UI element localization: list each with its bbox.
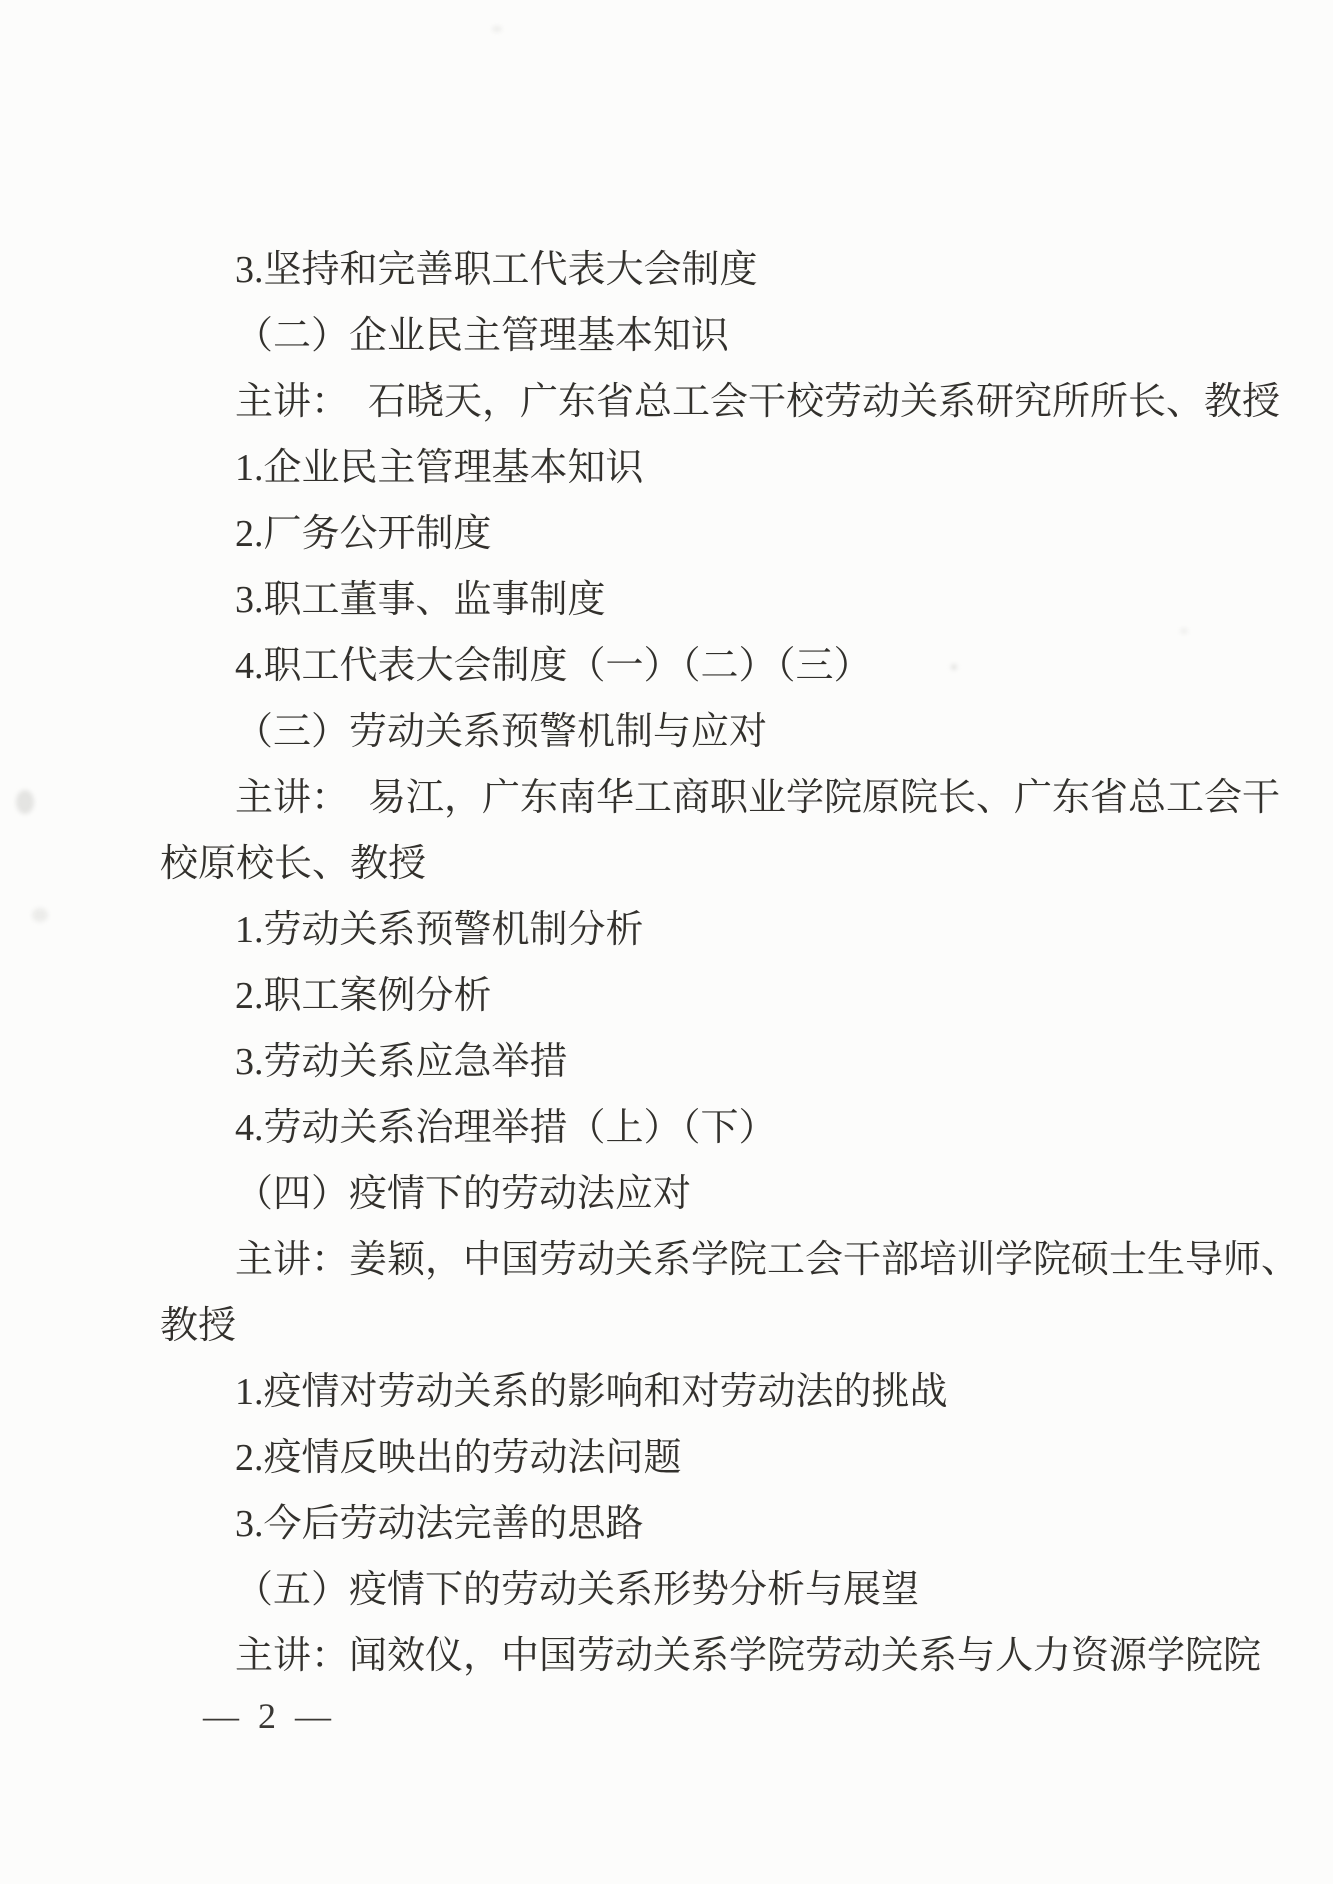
document-page: 3.坚持和完善职工代表大会制度 （二）企业民主管理基本知识 主讲： 石晓天，广东… xyxy=(0,0,1333,1884)
section-heading: （二）企业民主管理基本知识 xyxy=(160,303,1288,369)
list-item: 3.坚持和完善职工代表大会制度 xyxy=(160,237,1288,303)
list-item: 2.厂务公开制度 xyxy=(160,501,1288,567)
section-heading: （四）疫情下的劳动法应对 xyxy=(160,1161,1288,1227)
document-body: 3.坚持和完善职工代表大会制度 （二）企业民主管理基本知识 主讲： 石晓天，广东… xyxy=(160,237,1288,1689)
lecturer-line: 主讲： 易江，广东南华工商职业学院原院长、广东省总工会干 xyxy=(160,765,1288,831)
section-heading: （五）疫情下的劳动关系形势分析与展望 xyxy=(160,1557,1288,1623)
lecturer-line: 主讲： 石晓天，广东省总工会干校劳动关系研究所所长、教授 xyxy=(160,369,1288,435)
scan-smudge xyxy=(951,664,957,670)
list-item: 2.职工案例分析 xyxy=(160,963,1288,1029)
list-item: 1.企业民主管理基本知识 xyxy=(160,435,1288,501)
lecturer-line-continuation: 教授 xyxy=(160,1293,1288,1359)
section-heading: （三）劳动关系预警机制与应对 xyxy=(160,699,1288,765)
lecturer-line-continuation: 校原校长、教授 xyxy=(160,831,1288,897)
lecturer-line: 主讲：姜颖，中国劳动关系学院工会干部培训学院硕士生导师、 xyxy=(160,1227,1288,1293)
page-number: — 2 — xyxy=(203,1694,331,1738)
scan-smudge xyxy=(32,908,48,922)
list-item: 3.劳动关系应急举措 xyxy=(160,1029,1288,1095)
scan-smudge xyxy=(1180,628,1188,634)
list-item: 2.疫情反映出的劳动法问题 xyxy=(160,1425,1288,1491)
list-item: 1.疫情对劳动关系的影响和对劳动法的挑战 xyxy=(160,1359,1288,1425)
list-item: 4.劳动关系治理举措（上）（下） xyxy=(160,1095,1288,1161)
scan-smudge xyxy=(492,26,502,32)
list-item: 3.今后劳动法完善的思路 xyxy=(160,1491,1288,1557)
list-item: 3.职工董事、监事制度 xyxy=(160,567,1288,633)
list-item: 4.职工代表大会制度（一）（二）（三） xyxy=(160,633,1288,699)
list-item: 1.劳动关系预警机制分析 xyxy=(160,897,1288,963)
lecturer-line: 主讲：闻效仪，中国劳动关系学院劳动关系与人力资源学院院 xyxy=(160,1623,1288,1689)
scan-smudge xyxy=(16,790,34,814)
